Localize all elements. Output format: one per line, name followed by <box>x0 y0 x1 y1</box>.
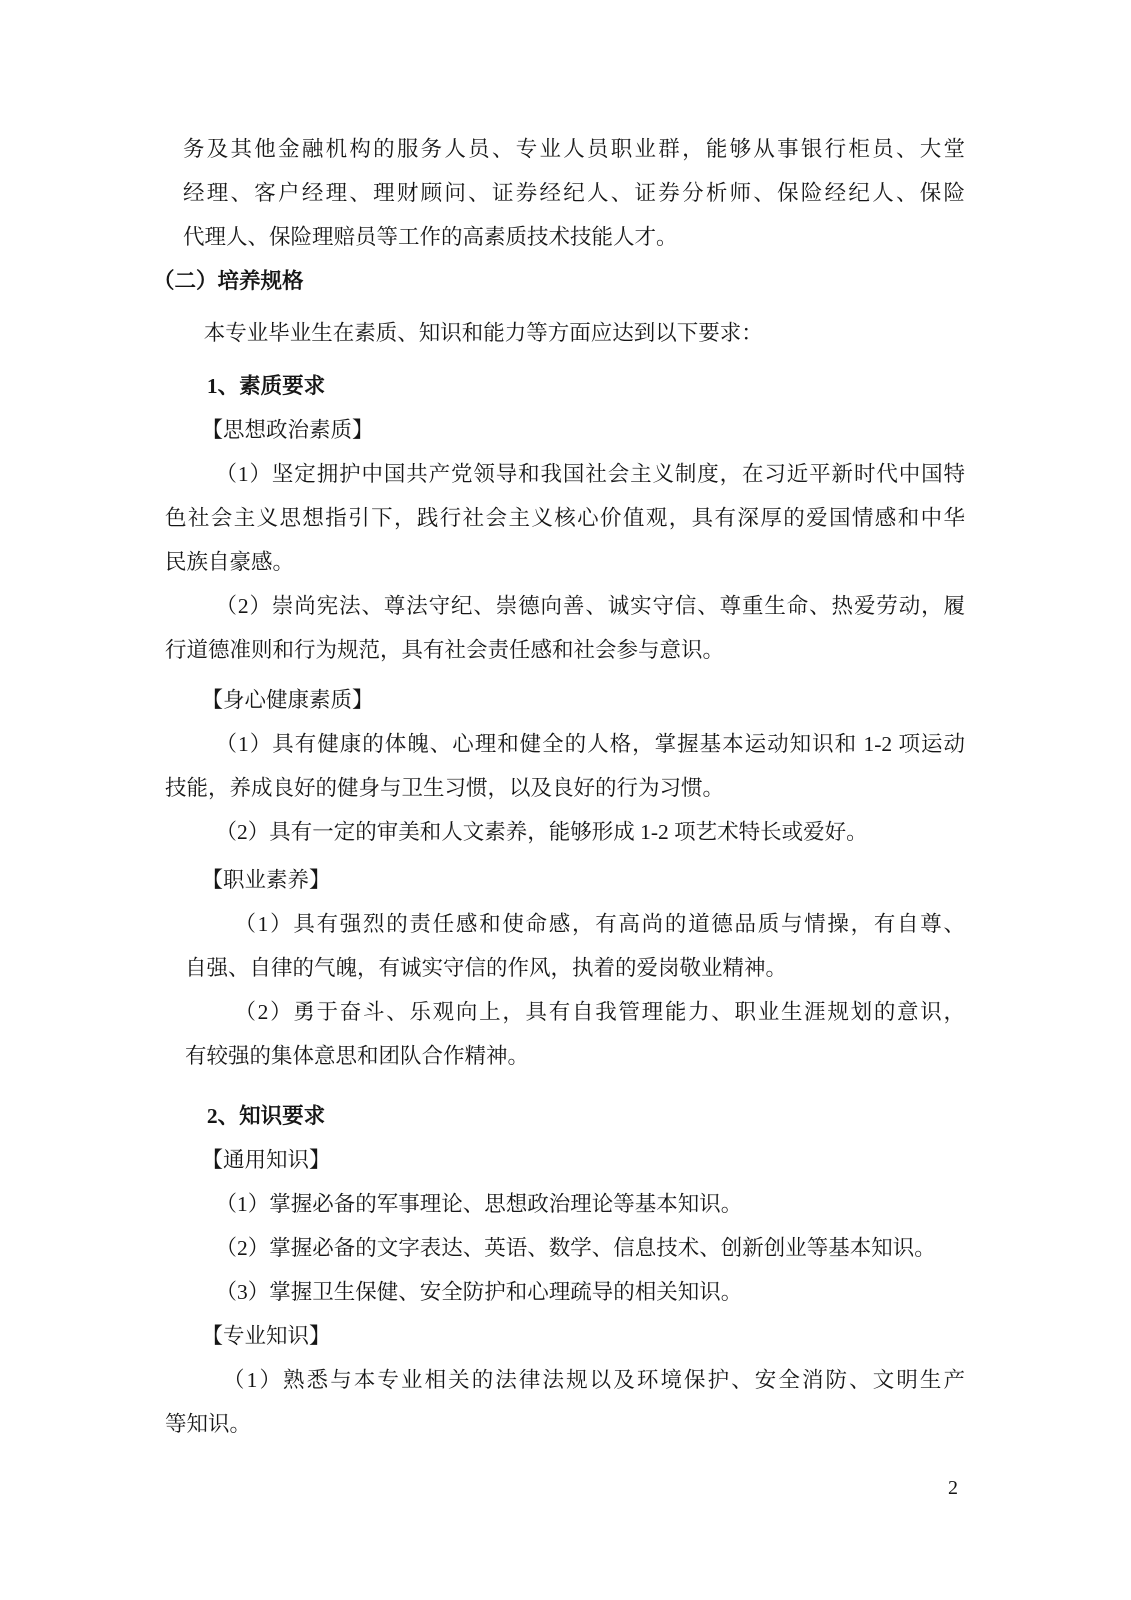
text-line: （1）具有健康的体魄、心理和健全的人格，掌握基本运动知识和 1-2 项运动 <box>165 722 965 766</box>
label-ideological-political-quality: 【思想政治素质】 <box>165 408 965 452</box>
text-line: 等知识。 <box>165 1402 965 1446</box>
paragraph-continuation: 务及其他金融机构的服务人员、专业人员职业群，能够从事银行柜员、大堂经理、客户经理… <box>183 127 965 259</box>
paragraph-general-knowledge-2: （2）掌握必备的文字表达、英语、数学、信息技术、创新创业等基本知识。 <box>165 1226 965 1270</box>
text-line: 技能，养成良好的健身与卫生习惯，以及良好的行为习惯。 <box>165 766 965 810</box>
text-line: （1）熟悉与本专业相关的法律法规以及环境保护、安全消防、文明生产 <box>165 1358 965 1402</box>
paragraph-ideological-item-2: （2）崇尚宪法、尊法守纪、崇德向善、诚实守信、尊重生命、热爱劳动，履行道德准则和… <box>165 584 965 672</box>
text-line: 自强、自律的气魄，有诚实守信的作风，执着的爱岗敬业精神。 <box>185 946 965 990</box>
text-line: （1）具有强烈的责任感和使命感，有高尚的道德品质与情操，有自尊、 <box>185 902 965 946</box>
page-number: 2 <box>948 1476 958 1500</box>
document-body: 务及其他金融机构的服务人员、专业人员职业群，能够从事银行柜员、大堂经理、客户经理… <box>165 127 965 1446</box>
paragraph-general-knowledge-3: （3）掌握卫生保健、安全防护和心理疏导的相关知识。 <box>165 1270 965 1314</box>
text-line: 务及其他金融机构的服务人员、专业人员职业群，能够从事银行柜员、大堂 <box>183 127 965 171</box>
paragraph-professional-item-1: （1）具有强烈的责任感和使命感，有高尚的道德品质与情操，有自尊、自强、自律的气魄… <box>185 902 965 990</box>
text-line: （2）勇于奋斗、乐观向上，具有自我管理能力、职业生涯规划的意识， <box>185 990 965 1034</box>
text-line: 代理人、保险理赔员等工作的高素质技术技能人才。 <box>183 215 965 259</box>
text-line: 民族自豪感。 <box>165 540 965 584</box>
text-line: （2）崇尚宪法、尊法守纪、崇德向善、诚实守信、尊重生命、热爱劳动，履 <box>165 584 965 628</box>
document-page: 务及其他金融机构的服务人员、专业人员职业群，能够从事银行柜员、大堂经理、客户经理… <box>0 0 1131 1600</box>
paragraph-health-item-1: （1）具有健康的体魄、心理和健全的人格，掌握基本运动知识和 1-2 项运动技能，… <box>165 722 965 810</box>
heading-quality-requirements: 1、素质要求 <box>165 364 965 408</box>
paragraph-ideological-item-1: （1）坚定拥护中国共产党领导和我国社会主义制度，在习近平新时代中国特色社会主义思… <box>165 452 965 584</box>
text-line: 色社会主义思想指引下，践行社会主义核心价值观，具有深厚的爱国情感和中华 <box>165 496 965 540</box>
paragraph-general-knowledge-1: （1）掌握必备的军事理论、思想政治理论等基本知识。 <box>165 1182 965 1226</box>
text-line: 经理、客户经理、理财顾问、证券经纪人、证券分析师、保险经纪人、保险 <box>183 171 965 215</box>
paragraph-health-item-2: （2）具有一定的审美和人文素养，能够形成 1-2 项艺术特长或爱好。 <box>165 810 965 854</box>
label-physical-mental-health-quality: 【身心健康素质】 <box>165 678 965 722</box>
heading-training-specifications: （二）培养规格 <box>153 259 965 303</box>
label-general-knowledge: 【通用知识】 <box>165 1138 965 1182</box>
text-line: 行道德准则和行为规范，具有社会责任感和社会参与意识。 <box>165 628 965 672</box>
text-line: （1）坚定拥护中国共产党领导和我国社会主义制度，在习近平新时代中国特 <box>165 452 965 496</box>
paragraph-professional-item-2: （2）勇于奋斗、乐观向上，具有自我管理能力、职业生涯规划的意识，有较强的集体意思… <box>185 990 965 1078</box>
text-line: 有较强的集体意思和团队合作精神。 <box>185 1034 965 1078</box>
heading-knowledge-requirements: 2、知识要求 <box>165 1094 965 1138</box>
label-professional-quality: 【职业素养】 <box>165 858 965 902</box>
paragraph-specialized-knowledge-1: （1）熟悉与本专业相关的法律法规以及环境保护、安全消防、文明生产等知识。 <box>165 1358 965 1446</box>
paragraph-section-intro: 本专业毕业生在素质、知识和能力等方面应达到以下要求： <box>165 311 965 355</box>
label-specialized-knowledge: 【专业知识】 <box>165 1314 965 1358</box>
